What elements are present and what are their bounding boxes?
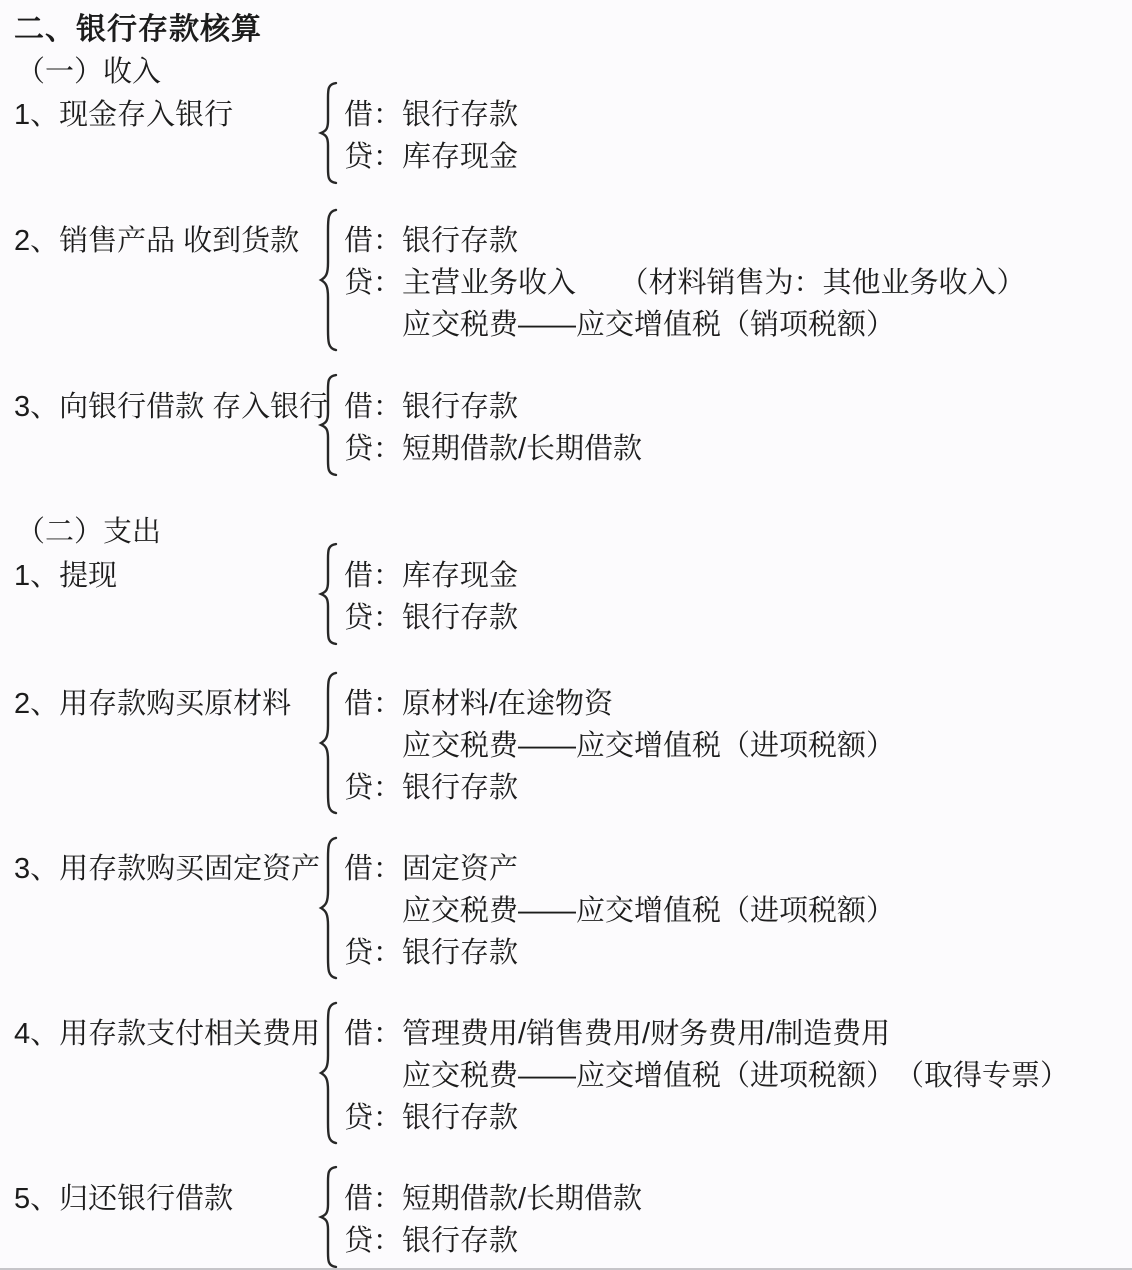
entry-account: 主营业务收入 （材料销售为：其他业务收入） (402, 267, 1026, 299)
brace-icon (318, 373, 340, 477)
entry-account: 应交税费——应交增值税（进项税额） (402, 730, 895, 762)
brace-icon (318, 1000, 340, 1146)
item-label: 2、用存款购买原材料 (14, 683, 318, 725)
entry-line: 贷：主营业务收入 （材料销售为：其他业务收入） (344, 262, 1026, 304)
entry-prefix: 借： (344, 683, 402, 725)
brace-icon (318, 1165, 340, 1269)
entry-account: 银行存款 (402, 1225, 518, 1257)
entry-prefix: 借： (344, 1013, 402, 1055)
item-label: 3、用存款购买固定资产 (14, 848, 318, 890)
entry-account: 库存现金 (402, 560, 518, 592)
brace-icon (318, 81, 340, 185)
entry-section-expense-1: 1、提现 借：库存现金 贷：银行存款 (14, 555, 518, 646)
item-label: 5、归还银行借款 (14, 1178, 318, 1220)
entry-account: 管理费用/销售费用/财务费用/制造费用 (402, 1018, 890, 1050)
document-page: 二、银行存款核算 （一）收入 1、现金存入银行 借：银行存款 贷：库存现金 2、… (0, 0, 1132, 1270)
entry-line: 借：银行存款 (344, 220, 1026, 262)
brace-icon (318, 835, 340, 981)
entry-line: 借：库存现金 (344, 555, 518, 597)
entry-line: 贷：银行存款 (344, 1097, 1069, 1139)
entry-line: 借：银行存款 (344, 94, 518, 136)
entry-line: 贷：银行存款 (344, 767, 895, 809)
journal-entries: 借：银行存款 贷：库存现金 (344, 94, 518, 178)
entry-prefix: 贷： (344, 428, 402, 470)
entry-account: 应交税费——应交增值税（进项税额） （取得专票） (402, 1060, 1069, 1092)
entry-line: 贷：银行存款 (344, 1220, 642, 1262)
entry-line: 贷：短期借款/长期借款 (344, 428, 642, 470)
entry-account: 应交税费——应交增值税（进项税额） (402, 895, 895, 927)
brace-icon (318, 542, 340, 646)
entry-account: 银行存款 (402, 772, 518, 804)
item-label: 1、现金存入银行 (14, 94, 318, 136)
heading-expense: （二）支出 (16, 511, 161, 553)
entry-line: 借：短期借款/长期借款 (344, 1178, 642, 1220)
entry-line: 应交税费——应交增值税（销项税额） (344, 304, 1026, 346)
entry-prefix: 贷： (344, 767, 402, 809)
item-label: 2、销售产品 收到货款 (14, 220, 318, 262)
entry-section-income-3: 3、向银行借款 存入银行 借：银行存款 贷：短期借款/长期借款 (14, 386, 642, 477)
entry-account: 银行存款 (402, 1102, 518, 1134)
entry-line: 应交税费——应交增值税（进项税额） （取得专票） (344, 1055, 1069, 1097)
entry-prefix: 借： (344, 848, 402, 890)
entry-account: 银行存款 (402, 99, 518, 131)
entry-prefix: 贷： (344, 262, 402, 304)
entry-line: 借：固定资产 (344, 848, 895, 890)
journal-entries: 借：固定资产 应交税费——应交增值税（进项税额） 贷：银行存款 (344, 848, 895, 974)
entry-line: 贷：库存现金 (344, 136, 518, 178)
brace-icon (318, 207, 340, 353)
entry-section-income-2: 2、销售产品 收到货款 借：银行存款 贷：主营业务收入 （材料销售为：其他业务收… (14, 220, 1026, 353)
entry-account: 银行存款 (402, 937, 518, 969)
entry-account: 银行存款 (402, 602, 518, 634)
entry-section-expense-2: 2、用存款购买原材料 借：原材料/在途物资 应交税费——应交增值税（进项税额） … (14, 683, 895, 816)
entry-prefix: 借： (344, 220, 402, 262)
entry-account: 银行存款 (402, 391, 518, 423)
entry-line: 应交税费——应交增值税（进项税额） (344, 890, 895, 932)
entry-account: 库存现金 (402, 141, 518, 173)
entry-prefix: 贷： (344, 1220, 402, 1262)
entry-account: 应交税费——应交增值税（销项税额） (402, 309, 895, 341)
entry-line: 贷：银行存款 (344, 597, 518, 639)
item-label: 4、用存款支付相关费用 (14, 1013, 318, 1055)
entry-account: 短期借款/长期借款 (402, 433, 642, 465)
item-label: 1、提现 (14, 555, 318, 597)
journal-entries: 借：银行存款 贷：短期借款/长期借款 (344, 386, 642, 470)
entry-prefix: 贷： (344, 597, 402, 639)
entry-prefix: 借： (344, 94, 402, 136)
entry-section-expense-3: 3、用存款购买固定资产 借：固定资产 应交税费——应交增值税（进项税额） 贷：银… (14, 848, 895, 981)
brace-icon (318, 670, 340, 816)
page-title: 二、银行存款核算 (14, 9, 262, 51)
entry-section-income-1: 1、现金存入银行 借：银行存款 贷：库存现金 (14, 94, 518, 185)
entry-line: 借：银行存款 (344, 386, 642, 428)
entry-prefix: 贷： (344, 1097, 402, 1139)
journal-entries: 借：原材料/在途物资 应交税费——应交增值税（进项税额） 贷：银行存款 (344, 683, 895, 809)
entry-account: 短期借款/长期借款 (402, 1183, 642, 1215)
item-label: 3、向银行借款 存入银行 (14, 386, 318, 428)
entry-section-expense-4: 4、用存款支付相关费用 借：管理费用/销售费用/财务费用/制造费用 应交税费——… (14, 1013, 1069, 1146)
entry-prefix: 贷： (344, 932, 402, 974)
entry-line: 借：管理费用/销售费用/财务费用/制造费用 (344, 1013, 1069, 1055)
journal-entries: 借：银行存款 贷：主营业务收入 （材料销售为：其他业务收入） 应交税费——应交增… (344, 220, 1026, 346)
entry-line: 借：原材料/在途物资 (344, 683, 895, 725)
entry-line: 贷：银行存款 (344, 932, 895, 974)
entry-account: 银行存款 (402, 225, 518, 257)
entry-prefix: 贷： (344, 136, 402, 178)
entry-section-expense-5: 5、归还银行借款 借：短期借款/长期借款 贷：银行存款 (14, 1178, 642, 1269)
entry-account: 固定资产 (402, 853, 518, 885)
heading-income: （一）收入 (16, 51, 161, 93)
entry-prefix: 借： (344, 555, 402, 597)
entry-line: 应交税费——应交增值税（进项税额） (344, 725, 895, 767)
journal-entries: 借：库存现金 贷：银行存款 (344, 555, 518, 639)
journal-entries: 借：短期借款/长期借款 贷：银行存款 (344, 1178, 642, 1262)
entry-prefix: 借： (344, 386, 402, 428)
entry-account: 原材料/在途物资 (402, 688, 613, 720)
journal-entries: 借：管理费用/销售费用/财务费用/制造费用 应交税费——应交增值税（进项税额） … (344, 1013, 1069, 1139)
entry-prefix: 借： (344, 1178, 402, 1220)
